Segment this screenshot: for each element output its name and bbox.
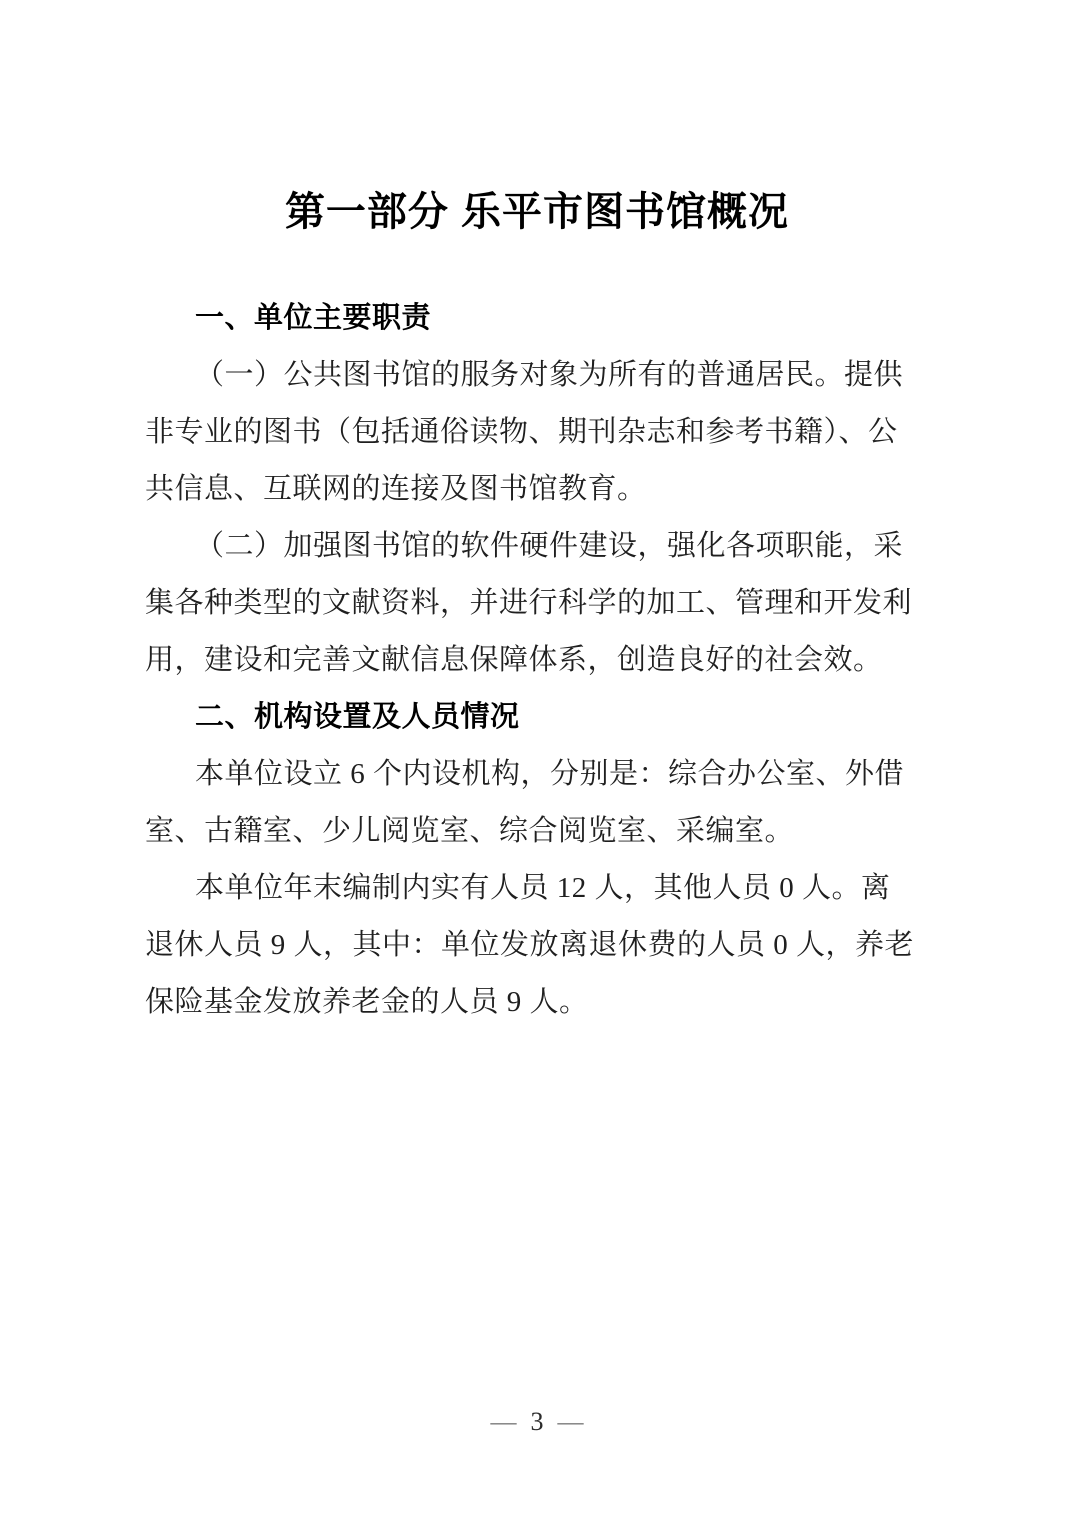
- section-1-paragraph-1: （一）公共图书馆的服务对象为所有的普通居民。提供 非专业的图书（包括通俗读物、期…: [145, 347, 1035, 518]
- document-title: 第一部分 乐平市图书馆概况: [0, 188, 1074, 236]
- page-number-dash-left: —: [491, 1407, 517, 1436]
- page-number: —3—: [0, 1405, 1074, 1439]
- section-1-heading: 一、单位主要职责: [145, 290, 1035, 347]
- document-body: 一、单位主要职责 （一）公共图书馆的服务对象为所有的普通居民。提供 非专业的图书…: [145, 290, 1035, 1031]
- section-1-paragraph-2: （二）加强图书馆的软件硬件建设，强化各项职能，采 集各种类型的文献资料，并进行科…: [145, 518, 1035, 689]
- section-2-heading: 二、机构设置及人员情况: [145, 689, 1035, 746]
- document-page: 第一部分 乐平市图书馆概况 一、单位主要职责 （一）公共图书馆的服务对象为所有的…: [0, 0, 1074, 1520]
- page-number-dash-right: —: [558, 1407, 584, 1436]
- section-2-paragraph-1: 本单位设立 6 个内设机构，分别是：综合办公室、外借 室、古籍室、少儿阅览室、综…: [145, 746, 1035, 860]
- section-2-paragraph-2: 本单位年末编制内实有人员 12 人，其他人员 0 人。离 退休人员 9 人，其中…: [145, 860, 1035, 1031]
- page-number-value: 3: [531, 1407, 544, 1436]
